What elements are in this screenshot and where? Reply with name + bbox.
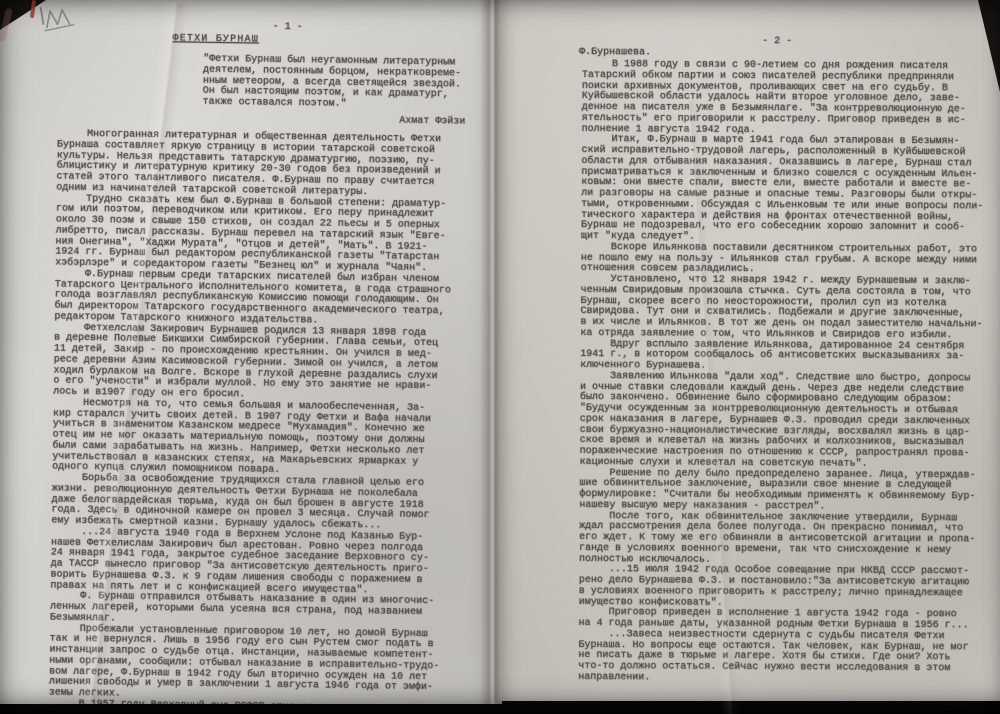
page-1-epigraph: "Фетхи Бурнаш был неугамонным литературн… — [202, 55, 461, 113]
page-2-body-text: В 1988 году в связи с 90-летием со дня р… — [578, 60, 984, 686]
page-2-carryover-line: Ф.Бурнашева. — [579, 48, 651, 59]
page-2-number: - 2 - — [762, 37, 792, 48]
typescript-page-2: - 2 - Ф.Бурнашева. В 1988 году в связи с… — [494, 0, 1000, 701]
page-1-content: - 1 - ФЕТХИ БУРНАШ "Фетхи Бурнаш был неу… — [0, 0, 502, 704]
photo-of-typescript-pages: - 1 - ФЕТХИ БУРНАШ "Фетхи Бурнаш был неу… — [0, 0, 1000, 714]
page-1-epigraph-author: Ахмат Фэйзи — [399, 117, 465, 129]
typescript-page-1: - 1 - ФЕТХИ БУРНАШ "Фетхи Бурнаш был неу… — [0, 0, 502, 704]
page-2-content: - 2 - Ф.Бурнашева. В 1988 году в связи с… — [494, 0, 1000, 701]
page-1-body-text: Многогранная литературная и общественная… — [49, 130, 454, 704]
page-1-number: - 1 - — [273, 23, 303, 34]
page-1-title: ФЕТХИ БУРНАШ — [172, 34, 259, 46]
